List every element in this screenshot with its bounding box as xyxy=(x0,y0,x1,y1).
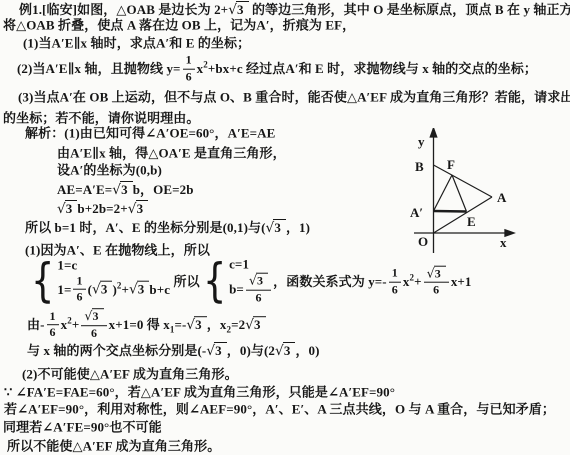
text-run: 6 xyxy=(76,290,82,304)
text-run: =2 xyxy=(231,317,245,332)
figure-label-A: A xyxy=(497,190,507,205)
text-line-14: {1=c1=16(√3)2+√3b+c 所以{c=1b=√36，函数关系式为 y… xyxy=(28,258,472,309)
text-run: 1 xyxy=(186,53,192,67)
text-line-19: 若∠A′EF=90°，利用对称性，则∠AEF=90°，A′、E′、A 三点共线，… xyxy=(4,401,555,418)
text-run: + xyxy=(414,274,422,289)
text-run: 由A′E∥x 轴，得△OA′E 是直角三角形， xyxy=(57,146,286,161)
text-run: 设A′的坐标为(0,b) xyxy=(57,163,162,178)
text-run: 同理若∠A′FE=90°也不可能 xyxy=(3,420,162,435)
sqrt-expression: √3 xyxy=(206,342,226,360)
text-run: 6 xyxy=(255,291,261,305)
text-run: 1 xyxy=(76,273,82,287)
sqrt-expression: √3 xyxy=(266,219,286,237)
text-line-12: 所以 b=1 时，A′、E 的坐标分别是(0,1)与(√3，1) xyxy=(25,219,310,237)
text-run: ，函数关系式为 y=- xyxy=(273,274,387,289)
text-run: 1 xyxy=(392,266,398,280)
fraction: 16 xyxy=(73,274,85,305)
figure-label-A-prime: A′ xyxy=(410,205,423,220)
radicand: 3 xyxy=(256,273,268,288)
radicand: 3 xyxy=(283,342,296,358)
text-run: 所以不能使△A′EF 成为直角三角形。 xyxy=(7,439,220,454)
figure-label-B: B xyxy=(415,159,424,174)
text-run: =- xyxy=(174,317,186,332)
text-line-4: (2)当A′E∥x 轴，且抛物线 y=16x2+bx+c 经过点A′和 E 时，… xyxy=(17,55,537,86)
text-line-9: 设A′的坐标为(0,b) xyxy=(57,162,162,179)
numerator: 1 xyxy=(389,267,401,283)
text-line-5: (3)当点A′在 OB 上运动，但不与点 O、B 重合时，能否使△A′EF 成为… xyxy=(18,89,570,106)
text-run: + xyxy=(121,281,129,296)
text-run: b，OE=2b xyxy=(133,182,194,197)
sqrt-expression: √3 xyxy=(112,181,132,199)
text-run: 解析：(1)由已知可得∠A′OE=60°，A′E=AE xyxy=(25,126,275,141)
equation-rows: 1=c1=16(√3)2+√3b+c xyxy=(57,256,170,306)
brace-icon: { xyxy=(31,261,55,300)
numerator: √3 xyxy=(81,309,106,326)
denominator: 6 xyxy=(246,291,271,306)
sqrt-expression: √3 xyxy=(92,280,112,298)
text-line-18: ∵ ∠FA′E=FAE=60°，若△A′EF 成为直角三角形，只能是∠A′EF=… xyxy=(4,384,395,401)
text-run: x+1 xyxy=(451,274,472,289)
figure-label-x-axis: x xyxy=(500,235,507,250)
radicand: 3 xyxy=(137,280,150,296)
coordinate-figure: y B F A A′ E O x xyxy=(404,128,522,256)
text-line-10: AE=A′E=√3b，OE=2b xyxy=(57,181,194,199)
figure-triangle xyxy=(434,165,493,233)
equation-row: 1=16(√3)2+√3b+c xyxy=(57,275,170,306)
fraction: √36 xyxy=(424,266,449,298)
denominator: 6 xyxy=(73,290,85,305)
text-run: 的坐标；若不能，请你说明理由。 xyxy=(3,111,200,126)
equation-row: b=√36 xyxy=(229,275,273,307)
numerator: √3 xyxy=(424,266,449,283)
text-line-3: (1)当A′E∥x 轴时，求点A′和 E 的坐标； xyxy=(23,35,250,52)
text-run: 1=c xyxy=(57,257,77,272)
text-run: 6 xyxy=(50,326,56,340)
numerator: 1 xyxy=(47,310,59,326)
sqrt-expression: √3 xyxy=(186,316,206,334)
figure-label-E: E xyxy=(467,214,476,229)
fraction: √36 xyxy=(81,309,106,341)
text-line-20: 同理若∠A′FE=90°也不可能 xyxy=(3,419,162,436)
text-run: ，1) xyxy=(286,220,310,235)
denominator: 6 xyxy=(47,326,59,341)
text-line-2: 将△OAB 折叠，使点 A 落在边 OB 上，记为A′，折痕为 EF， xyxy=(3,17,355,34)
numerator: 1 xyxy=(183,54,195,70)
sqrt-expression: √3 xyxy=(275,342,295,360)
text-run: (2)当A′E∥x 轴，且抛物线 y= xyxy=(17,61,181,76)
text-run: ，0)与(2 xyxy=(227,343,275,358)
radicand: 3 xyxy=(236,1,249,17)
text-run: 与 x 轴的两个交点坐标分别是(- xyxy=(27,343,206,358)
text-run: 所以 xyxy=(170,274,200,289)
y-axis-arrow-icon xyxy=(430,128,436,137)
radicand: 3 xyxy=(120,181,133,197)
figure-label-y-axis: y xyxy=(418,134,425,149)
denominator: 6 xyxy=(81,326,106,341)
fraction: √36 xyxy=(246,274,271,306)
text-line-21: 所以不能使△A′EF 成为直角三角形。 xyxy=(7,438,220,455)
radicand: 3 xyxy=(214,342,227,358)
sqrt-expression: √3 xyxy=(249,274,268,289)
text-run: x+1=0 得 x xyxy=(109,317,170,332)
radicand: 3 xyxy=(194,316,207,332)
text-run: (3)当点A′在 OB 上运动，但不与点 O、B 重合时，能否使△A′EF 成为… xyxy=(18,90,570,105)
text-run: ，x xyxy=(207,317,227,332)
text-line-7: 解析：(1)由已知可得∠A′OE=60°，A′E=AE xyxy=(25,125,275,142)
denominator: 6 xyxy=(183,70,195,85)
text-run: AE=A′E= xyxy=(57,182,112,197)
text-run: 6 xyxy=(186,70,192,84)
numerator: 1 xyxy=(73,274,85,290)
sqrt-expression: √3 xyxy=(427,266,446,281)
text-run: 所以 b=1 时，A′、E 的坐标分别是(0,1)与( xyxy=(25,220,266,235)
brace-icon: { xyxy=(203,261,227,300)
text-line-17: (2)不可能使△A′EF 成为直角三角形。 xyxy=(22,366,238,383)
radicand: 3 xyxy=(136,200,149,216)
radicand: 3 xyxy=(100,280,113,296)
fraction: 16 xyxy=(47,310,59,341)
text-run: 6 xyxy=(433,283,439,297)
text-run: 1= xyxy=(57,281,71,296)
radicand: 3 xyxy=(65,200,78,216)
sqrt-expression: √3 xyxy=(57,200,77,218)
sqrt-expression: √3 xyxy=(84,309,103,324)
text-run: 若∠A′EF=90°，利用对称性，则∠AEF=90°，A′、E′、A 三点共线，… xyxy=(4,402,555,417)
equation-rows: c=1b=√36 xyxy=(229,256,273,307)
equation-row: c=1 xyxy=(229,256,249,273)
denominator: 6 xyxy=(424,283,449,298)
radicand: 3 xyxy=(253,316,266,332)
text-line-11: √3b+2b=2+√3 xyxy=(57,200,148,218)
text-run: c=1 xyxy=(229,257,249,272)
figure-label-F: F xyxy=(447,157,455,172)
radicand: 3 xyxy=(273,219,286,235)
text-run: 1 xyxy=(50,309,56,323)
text-run: 6 xyxy=(91,326,97,340)
text-run: 例1.[临安]如图，△OAB 是边长为 2+ xyxy=(19,2,228,17)
text-run: (2)不可能使△A′EF 成为直角三角形。 xyxy=(22,367,238,382)
document-page: 例1.[临安]如图，△OAB 是边长为 2+√3 的等边三角形，其中 O 是坐标… xyxy=(0,0,570,455)
text-run: ∵ ∠FA′E=FAE=60°，若△A′EF 成为直角三角形，只能是∠A′EF=… xyxy=(4,385,395,400)
sqrt-expression: √3 xyxy=(245,316,265,334)
text-run: 由- xyxy=(27,317,45,332)
text-run: 将△OAB 折叠，使点 A 落在边 OB 上，记为A′，折痕为 EF， xyxy=(3,18,355,33)
text-run: b+c xyxy=(149,281,170,296)
equation-system: {c=1b=√36 xyxy=(200,256,273,307)
sqrt-expression: √3 xyxy=(129,280,149,298)
radicand: 3 xyxy=(434,265,446,280)
text-run: (1)当A′E∥x 轴时，求点A′和 E 的坐标； xyxy=(23,36,250,51)
text-run: + xyxy=(72,317,80,332)
text-run: 6 xyxy=(392,283,398,297)
numerator: √3 xyxy=(246,274,271,291)
figure-label-origin: O xyxy=(418,234,428,249)
text-line-15: 由-16x2+√36x+1=0 得 x1=-√3，x2=2√3 xyxy=(27,310,266,342)
text-line-16: 与 x 轴的两个交点坐标分别是(-√3，0)与(2√3，0) xyxy=(27,342,320,360)
equation-row: 1=c xyxy=(57,256,77,273)
text-run: b= xyxy=(229,281,244,296)
text-line-8: 由A′E∥x 轴，得△OA′E 是直角三角形， xyxy=(57,145,286,162)
radicand: 3 xyxy=(92,308,104,323)
text-run: +bx+c 经过点A′和 E 时，求抛物线与 x 轴的交点的坐标； xyxy=(208,61,537,76)
fraction: 16 xyxy=(183,54,195,85)
text-run: ，0) xyxy=(295,343,319,358)
text-run: 的等边三角形，其中 O 是坐标原点，顶点 B 在 y 轴正方向上， xyxy=(249,2,570,17)
fraction: 16 xyxy=(389,267,401,298)
denominator: 6 xyxy=(389,283,401,298)
sqrt-expression: √3 xyxy=(128,200,148,218)
equation-system: {1=c1=16(√3)2+√3b+c xyxy=(28,256,170,306)
text-run: b+2b=2+ xyxy=(77,201,127,216)
